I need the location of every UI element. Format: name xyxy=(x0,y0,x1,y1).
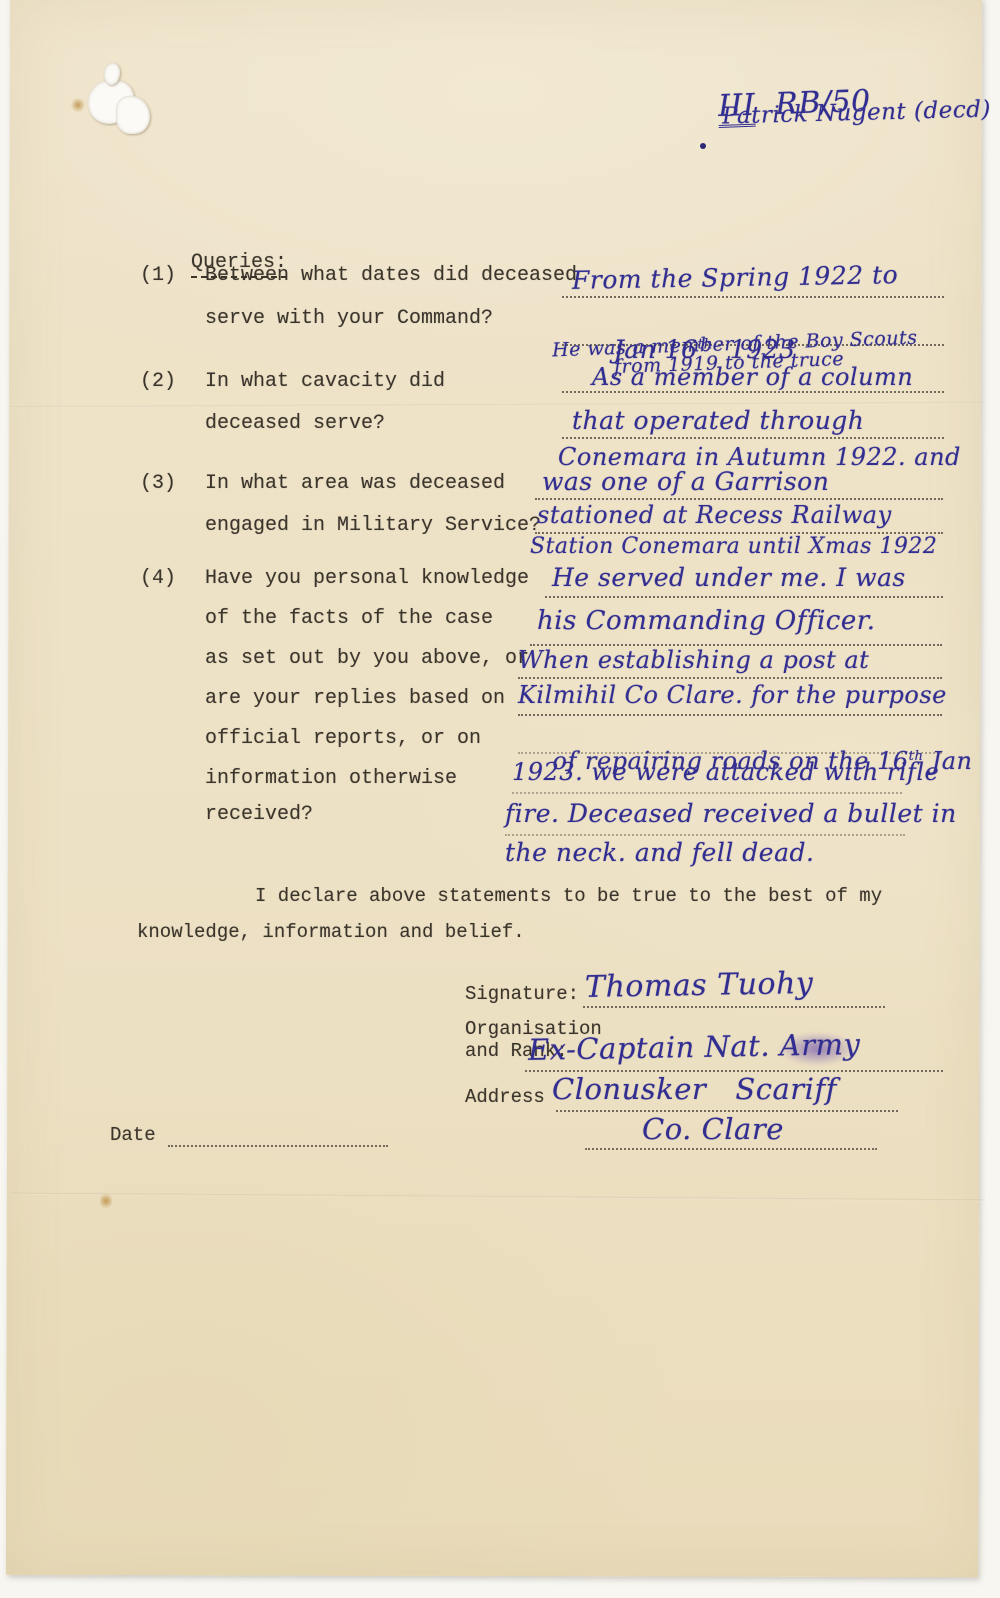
address-line-2 xyxy=(585,1148,877,1150)
scanned-document: III RB/50 Patrick Nugent (decd) Queries:… xyxy=(0,0,1000,1598)
query-3-line-2: engaged in Military Service? xyxy=(205,514,541,537)
answer-2-line-1: As a member of a column xyxy=(592,363,913,391)
answer-3-line-1: was one of a Garrison xyxy=(542,467,829,496)
query-3-number: (3) xyxy=(140,472,176,495)
address-value-line-1: Clonusker Scariff xyxy=(552,1072,837,1106)
query-2-line-2: deceased serve? xyxy=(205,412,385,435)
answer-line xyxy=(562,391,944,393)
query-1-line-1: Between what dates did deceased xyxy=(205,264,577,287)
answer-4-line-6: 1923. we were attacked with rifle xyxy=(512,758,939,786)
answer-3-line-2: stationed at Recess Railway xyxy=(537,501,892,529)
ink-dot xyxy=(700,143,706,149)
query-1-number: (1) xyxy=(140,264,176,287)
date-label: Date xyxy=(110,1124,156,1146)
answer-3-line-3: Station Conemara until Xmas 1922 xyxy=(530,534,937,559)
query-1-line-2: serve with your Command? xyxy=(205,307,493,330)
answer-line xyxy=(545,596,943,598)
query-4-line-6: information otherwise xyxy=(205,767,457,790)
answer-4-line-1: He served under me. I was xyxy=(552,563,906,592)
answer-1-line-1: From the Spring 1922 to xyxy=(572,260,899,295)
query-4-line-2: of the facts of the case xyxy=(205,607,493,630)
address-value-line-2: Co. Clare xyxy=(642,1112,784,1146)
query-2-line-1: In what cavacity did xyxy=(205,370,445,393)
answer-4-line-7: fire. Deceased received a bullet in xyxy=(505,799,957,828)
declaration-line-1: I declare above statements to be true to… xyxy=(255,885,882,907)
query-4-number: (4) xyxy=(140,567,176,590)
organisation-value: Ex-Captain Nat. Army xyxy=(528,1027,861,1067)
address-label: Address xyxy=(465,1086,545,1108)
query-4-line-5: official reports, or on xyxy=(205,727,481,750)
answer-4-line-2: his Commanding Officer. xyxy=(537,606,876,636)
answer-line xyxy=(562,437,944,439)
answer-line xyxy=(518,714,942,716)
answer-line xyxy=(512,792,902,794)
answer-line xyxy=(518,677,942,679)
query-3-line-1: In what area was deceased xyxy=(205,472,505,495)
answer-2-line-2: that operated through xyxy=(572,406,864,435)
query-2-number: (2) xyxy=(140,370,176,393)
declaration-line-2: knowledge, information and belief. xyxy=(137,921,525,943)
signature-line xyxy=(583,1006,885,1008)
signature-value: Thomas Tuohy xyxy=(585,966,814,1005)
query-4-line-4: are your replies based on xyxy=(205,687,505,710)
query-4-line-1: Have you personal knowledge xyxy=(205,567,529,590)
answer-line xyxy=(562,296,944,298)
paper-stain xyxy=(70,98,86,112)
query-4-line-3: as set out by you above, or xyxy=(205,647,529,670)
query-4-line-7: received? xyxy=(205,803,313,826)
answer-4-line-4: Kilmihil Co Clare. for the purpose xyxy=(518,681,947,709)
answer-line xyxy=(535,498,943,500)
date-line xyxy=(168,1145,388,1147)
signature-label: Signature: xyxy=(465,983,579,1005)
paper-stain xyxy=(100,1192,112,1210)
answer-line xyxy=(505,834,905,836)
paper-tear-damage xyxy=(116,96,150,134)
answer-4-line-8: the neck. and fell dead. xyxy=(505,838,814,867)
answer-4-line-3: When establishing a post at xyxy=(518,646,869,674)
